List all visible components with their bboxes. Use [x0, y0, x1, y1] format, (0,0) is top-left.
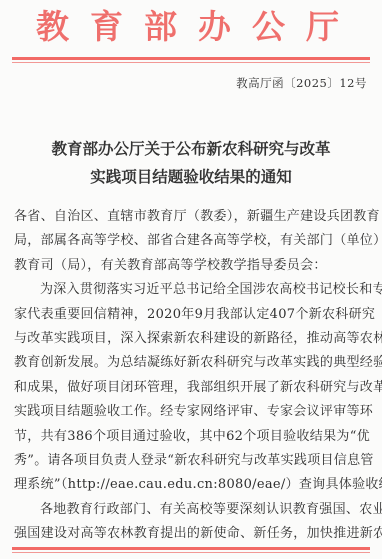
paragraph-line: 秀”。请各项目负责人登录“新农科研究与改革实践项目信息管: [14, 449, 370, 473]
paragraph-line: 和成果，做好项目闭环管理，我部组织开展了新农科研究与改革: [14, 376, 370, 400]
paragraph-line: 节，共有386个项目通过验收，其中62个项目验收结果为“优: [14, 425, 370, 449]
paragraph-2: 各地教育行政部门、有关高校等要深刻认识教育强国、农业 强国建设对高等农林教育提出…: [14, 498, 370, 547]
paragraph-line: 理系统”（http://eae.cau.edu.cn:8080/eae/）查询具…: [14, 473, 370, 497]
addressee-line: 各省、自治区、直辖市教育厅（教委），新疆生产建设兵团教育: [14, 205, 370, 229]
masthead-title: 教育部办公厅: [0, 8, 382, 46]
title-line-1: 教育部办公厅关于公布新农科研究与改革: [0, 135, 382, 163]
addressee-line: 局，部属各高等学校、部省合建各高等学校，有关部门（单位）: [14, 229, 370, 253]
paragraph-line: 为深入贯彻落实习近平总书记给全国涉农高校书记校长和专: [14, 278, 370, 302]
paragraph-1: 为深入贯彻落实习近平总书记给全国涉农高校书记校长和专 家代表重要回信精神，202…: [14, 278, 370, 498]
document-number: 教高厅函〔2025〕12号: [236, 75, 367, 91]
paragraph-line: 与改革实践项目，深入探索新农科建设的新路径，推动高等农林: [14, 327, 370, 351]
document-body: 各省、自治区、直辖市教育厅（教委），新疆生产建设兵团教育 局，部属各高等学校、部…: [14, 205, 370, 547]
paragraph-line: 各地教育行政部门、有关高校等要深刻认识教育强国、农业: [14, 498, 370, 522]
footer-rule-thick: [12, 547, 370, 550]
paragraph-line: 教育创新发展。为总结凝练好新农科研究与改革实践的典型经验: [14, 351, 370, 375]
masthead-rule-thick: [12, 57, 370, 60]
masthead-rule-thin: [12, 62, 370, 63]
title-line-2: 实践项目结题验收结果的通知: [0, 163, 382, 191]
paragraph-line: 实践项目结题验收工作。经专家网络评审、专家会议评审等环: [14, 400, 370, 424]
addressee-line: 教育司（局），有关教育部高等学校教学指导委员会：: [14, 254, 370, 278]
document-title: 教育部办公厅关于公布新农科研究与改革 实践项目结题验收结果的通知: [0, 135, 382, 191]
paragraph-line: 强国建设对高等农林教育提出的新使命、新任务，加快推进新农: [14, 522, 370, 546]
paragraph-line: 家代表重要回信精神，2020年9月我部认定407个新农科研究: [14, 303, 370, 327]
addressee-block: 各省、自治区、直辖市教育厅（教委），新疆生产建设兵团教育 局，部属各高等学校、部…: [14, 205, 370, 278]
footer-rule-thin: [12, 552, 370, 553]
